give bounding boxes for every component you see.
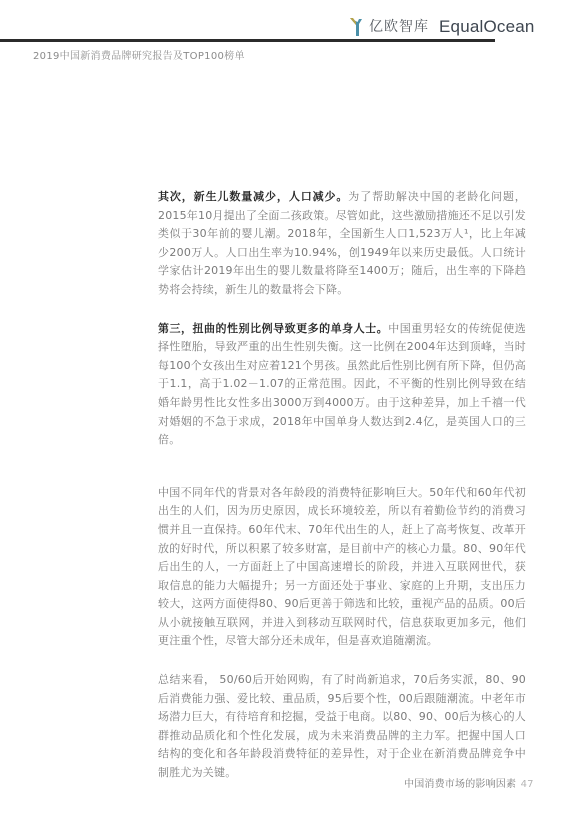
paragraph-lead: 其次，新生儿数量减少，人口减少。 <box>158 190 348 203</box>
header-divider <box>0 39 495 42</box>
page-footer: 中国消费市场的影响因素 47 <box>404 775 534 790</box>
report-title: 2019中国新消费品牌研究报告及TOP100榜单 <box>33 47 245 62</box>
paragraph-text: 中国不同年代的背景对各年龄段的消费特征影响巨大。50年代和60年代初出生的人们，… <box>158 486 526 648</box>
paragraph-text: 总结来看， 50/60后开始网购，有了时尚新追求，70后务实派，80、90后消费… <box>158 673 526 779</box>
header-logo-group: 亿欧智库 EqualOcean <box>350 14 535 36</box>
body-content: 其次，新生儿数量减少，人口减少。为了帮助解决中国的老龄化问题，2015年10月提… <box>158 188 526 783</box>
paragraph-generations: 中国不同年代的背景对各年龄段的消费特征影响巨大。50年代和60年代初出生的人们，… <box>158 484 526 651</box>
yiou-y-logo-icon <box>350 18 362 36</box>
paragraph-lead: 第三，扭曲的性别比例导致更多的单身人士。 <box>158 322 388 335</box>
paragraph-summary: 总结来看， 50/60后开始网购，有了时尚新追求，70后务实派，80、90后消费… <box>158 671 526 783</box>
paragraph-text: 中国重男轻女的传统促使选择性堕胎，导致严重的出生性别失衡。这一比例在2004年达… <box>158 322 526 447</box>
paragraph-text: 为了帮助解决中国的老龄化问题，2015年10月提出了全面二孩政策。尽管如此，这些… <box>158 190 526 296</box>
page-number: 47 <box>521 779 534 790</box>
logo-yiou-text: 亿欧智库 <box>369 18 429 36</box>
paragraph-newborn-decline: 其次，新生儿数量减少，人口减少。为了帮助解决中国的老龄化问题，2015年10月提… <box>158 188 526 300</box>
footer-section-title: 中国消费市场的影响因素 <box>404 779 516 790</box>
logo-equalocean-text: EqualOcean <box>439 18 535 36</box>
paragraph-gender-ratio: 第三，扭曲的性别比例导致更多的单身人士。中国重男轻女的传统促使选择性堕胎，导致严… <box>158 320 526 450</box>
